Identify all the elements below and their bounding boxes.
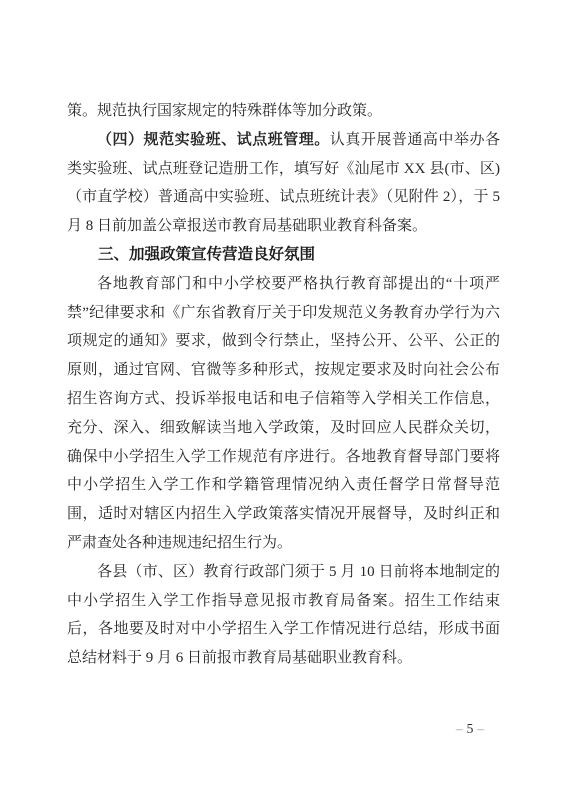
paragraph-item4-lead: （四）规范实验班、试点班管理。: [97, 132, 330, 148]
paragraph-item4: （四）规范实验班、试点班管理。认真开展普通高中举办各类实验班、试点班登记造册工作…: [67, 126, 500, 241]
paragraph-continuation: 策。规范执行国家规定的特殊群体等加分政策。: [67, 97, 500, 126]
paragraph-filing: 各县（市、区）教育行政部门须于 5 月 10 日前将本地制定的中小学招生入学工作…: [67, 558, 500, 673]
document-page: 策。规范执行国家规定的特殊群体等加分政策。 （四）规范实验班、试点班管理。认真开…: [0, 0, 565, 800]
page-number-dash-left: –: [452, 721, 467, 736]
paragraph-section-body: 各地教育部门和中小学校要严格执行教育部提出的“十项严禁”纪律要求和《广东省教育厅…: [67, 270, 500, 558]
section-heading: 三、加强政策宣传营造良好氛围: [67, 241, 500, 270]
document-body: 策。规范执行国家规定的特殊群体等加分政策。 （四）规范实验班、试点班管理。认真开…: [67, 97, 500, 673]
page-number-dash-right: –: [473, 721, 488, 736]
page-number: –5–: [440, 721, 500, 737]
